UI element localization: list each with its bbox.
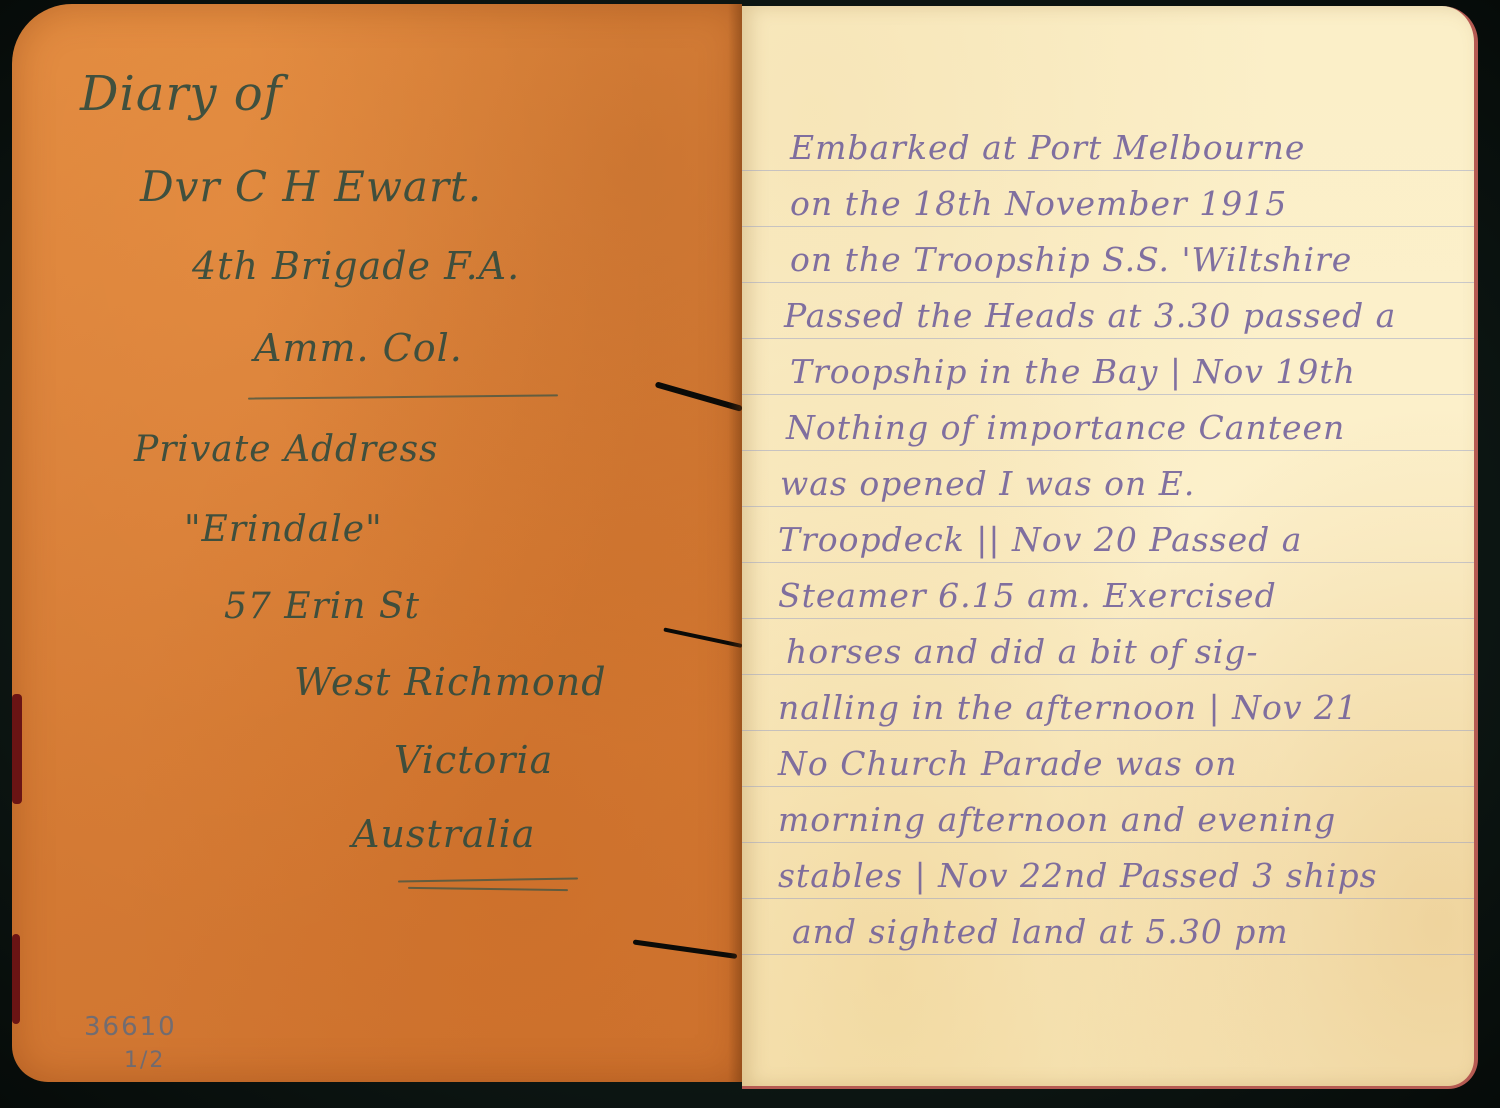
address-label: Private Address (134, 429, 439, 470)
cover-tear (655, 381, 742, 412)
ruled-line (742, 338, 1474, 339)
ruled-line (742, 618, 1474, 619)
ruled-line (742, 954, 1474, 955)
catalogue-number: 36610 (84, 1012, 177, 1042)
ruled-line (742, 282, 1474, 283)
entry-line: on the Troopship S.S. 'Wiltshire (790, 240, 1352, 279)
entry-line: was opened I was on E. (780, 464, 1195, 503)
underline (408, 887, 568, 891)
entry-line: nalling in the afternoon | Nov 21 (778, 688, 1358, 727)
underline (248, 394, 558, 399)
stain-mark (12, 934, 20, 1024)
entry-line: Passed the Heads at 3.30 passed a (784, 296, 1396, 335)
address-house-name: "Erindale" (184, 509, 383, 550)
address-state: Victoria (394, 738, 553, 782)
entry-line: Embarked at Port Melbourne (790, 128, 1305, 167)
unit-column: Amm. Col. (254, 326, 463, 370)
ruled-line (742, 562, 1474, 563)
entry-line: Nothing of importance Canteen (786, 408, 1345, 447)
underline (398, 877, 578, 882)
ruled-line (742, 674, 1474, 675)
cover-tear (633, 939, 738, 959)
unit-brigade: 4th Brigade F.A. (192, 244, 520, 288)
diary-cover-page: Diary of Dvr C H Ewart. 4th Brigade F.A.… (12, 4, 742, 1082)
ruled-line (742, 170, 1474, 171)
ruled-line (742, 730, 1474, 731)
entry-line: stables | Nov 22nd Passed 3 ships (778, 856, 1378, 895)
stain-mark (12, 694, 22, 804)
entry-line: and sighted land at 5.30 pm (792, 912, 1289, 951)
ruled-line (742, 394, 1474, 395)
ruled-line (742, 898, 1474, 899)
diary-entry-page: Embarked at Port Melbourne on the 18th N… (742, 6, 1478, 1089)
catalogue-part: 1/2 (124, 1048, 165, 1073)
address-suburb: West Richmond (294, 660, 607, 704)
entry-line: No Church Parade was on (778, 744, 1237, 783)
address-country: Australia (352, 812, 535, 856)
entry-line: on the 18th November 1915 (790, 184, 1287, 223)
ruled-line (742, 450, 1474, 451)
ruled-line (742, 226, 1474, 227)
ruled-line (742, 786, 1474, 787)
entry-line: Troopdeck || Nov 20 Passed a (778, 520, 1302, 559)
entry-line: Steamer 6.15 am. Exercised (778, 576, 1277, 615)
ruled-line (742, 506, 1474, 507)
ruled-line (742, 842, 1474, 843)
entry-line: horses and did a bit of sig- (786, 632, 1259, 671)
cover-title: Diary of (80, 66, 282, 122)
address-street: 57 Erin St (224, 586, 420, 627)
entry-line: morning afternoon and evening (778, 800, 1336, 839)
cover-tear (663, 627, 742, 648)
entry-line: Troopship in the Bay | Nov 19th (790, 352, 1356, 391)
owner-name: Dvr C H Ewart. (140, 162, 482, 211)
